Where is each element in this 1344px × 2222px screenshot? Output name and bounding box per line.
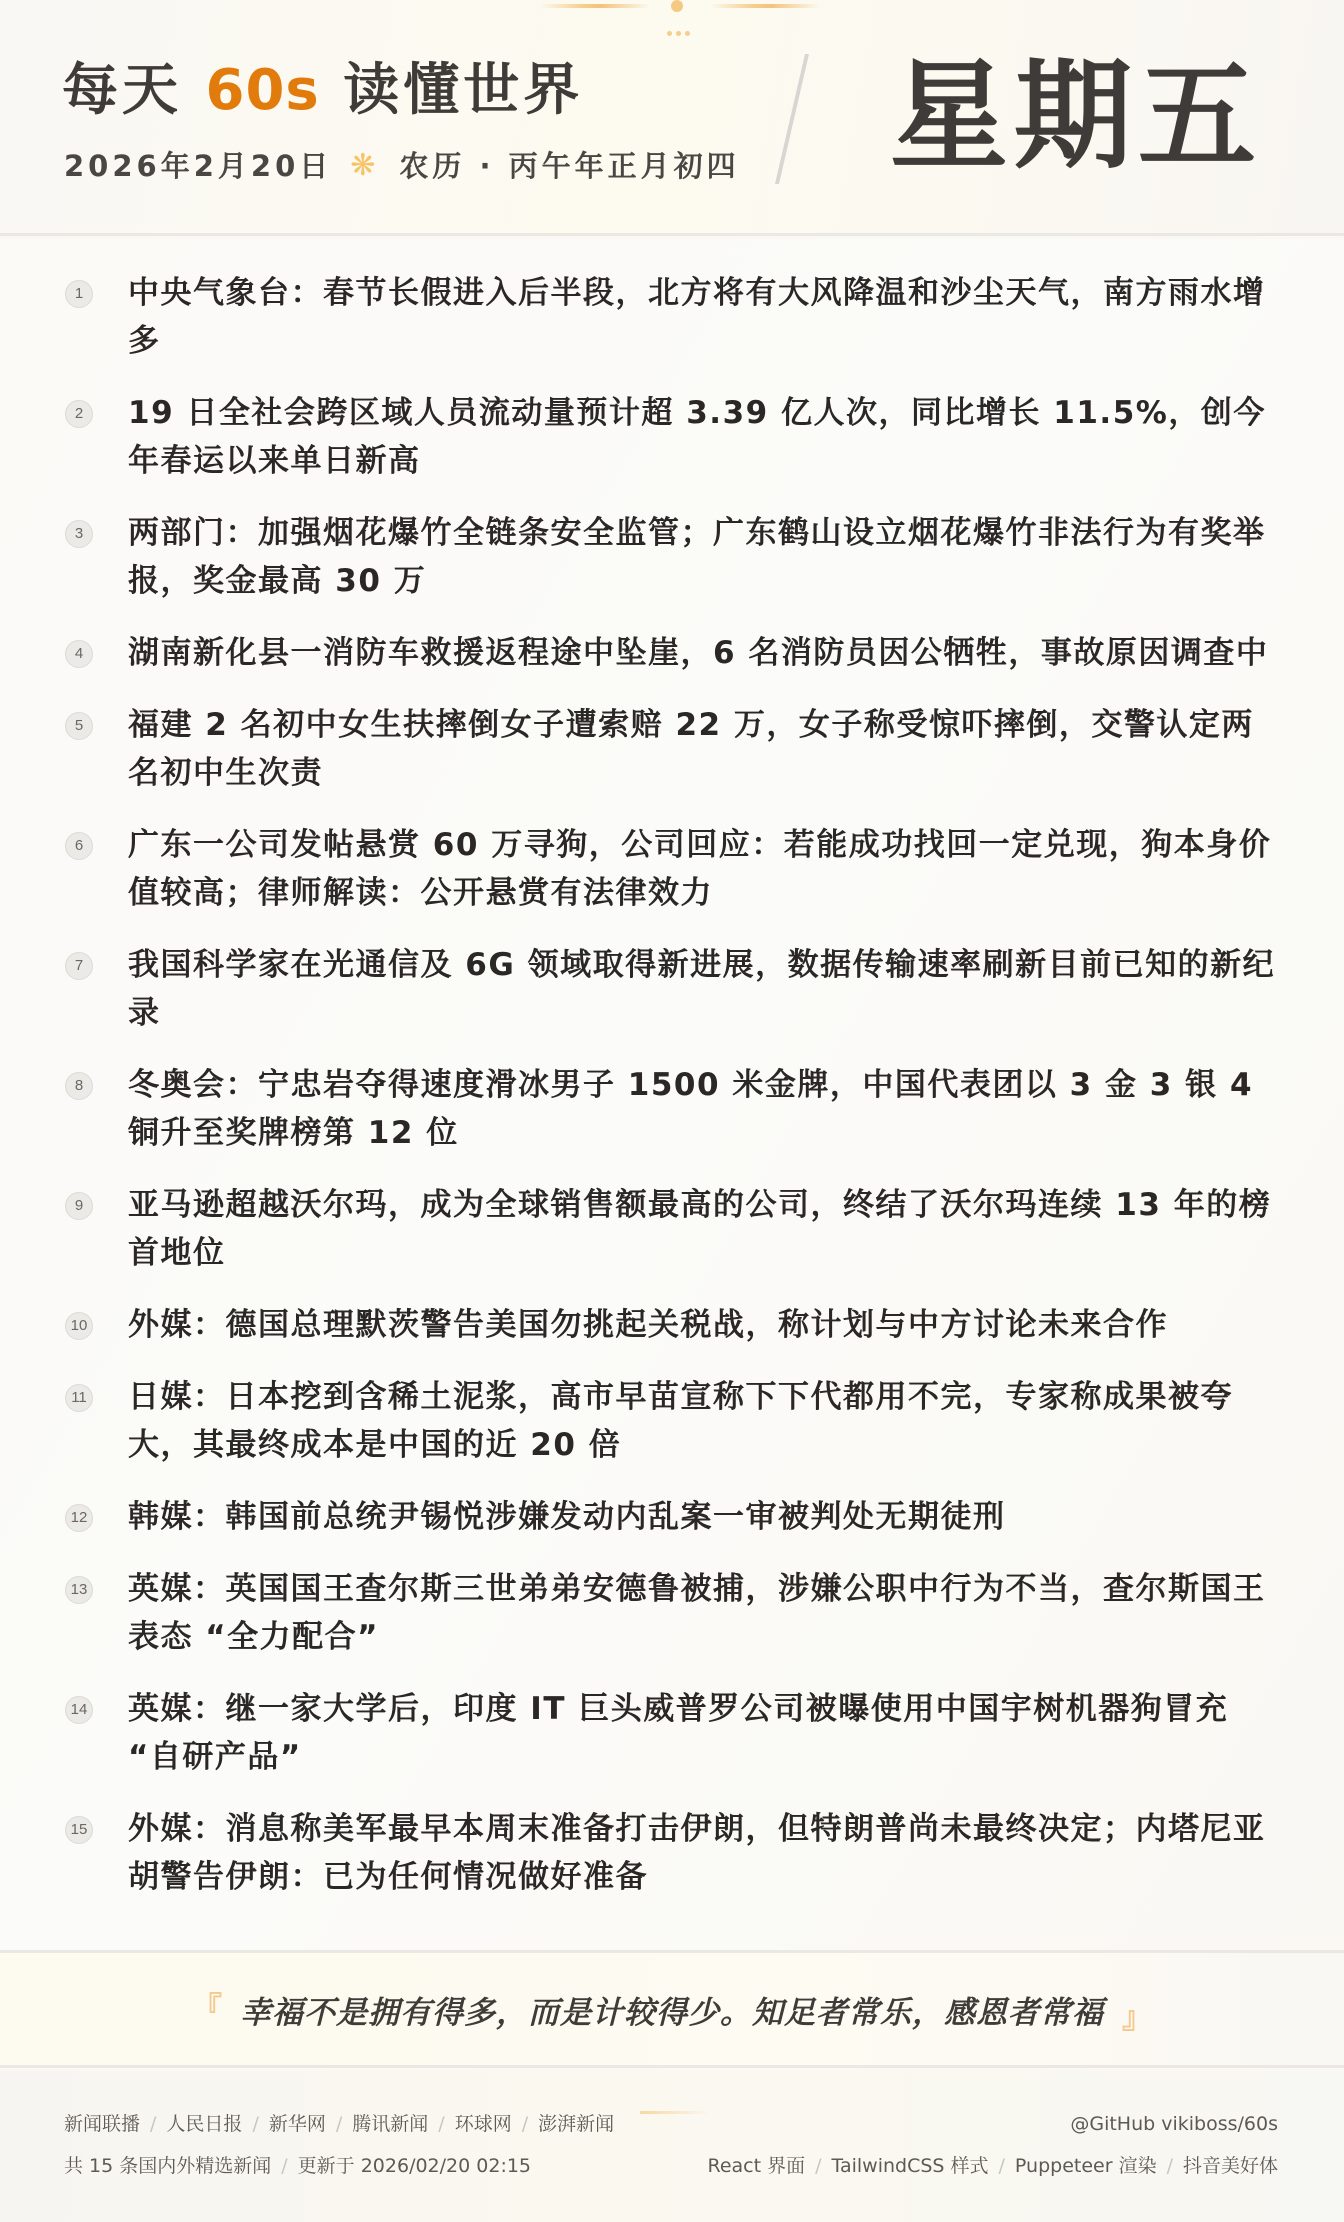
- quote-text: 幸福不是拥有得多，而是计较得少。知足者常乐，感恩者常福: [240, 1987, 1104, 2032]
- decor-dot-icon: [671, 0, 683, 12]
- news-count: 共 15 条国内外精选新闻: [64, 2153, 271, 2179]
- news-text: 韩媒：韩国前总统尹锡悦涉嫌发动内乱案一审被判处无期徒刑: [128, 1493, 1278, 1541]
- separator: /: [815, 2153, 821, 2179]
- news-text: 湖南新化县一消防车救援返程途中坠崖，6 名消防员因公牺牲，事故原因调查中: [128, 629, 1278, 677]
- open-quote-icon: 『: [192, 1983, 222, 2027]
- decor-small-dot-icon: [676, 31, 681, 36]
- header: 每天 60s 读懂世界 2026年2月20日 ❋ 农历 · 丙午年正月初四 星期…: [0, 0, 1344, 236]
- source-xinwenlianbo: 新闻联播: [64, 2111, 140, 2137]
- weekday: 星期五: [890, 46, 1262, 186]
- page-title: 每天 60s 读懂世界: [62, 56, 583, 126]
- number-badge: 3: [65, 520, 93, 548]
- decor-small-dot-icon: [667, 31, 672, 36]
- number-badge: 5: [65, 712, 93, 740]
- title-suffix: 读懂世界: [320, 58, 584, 123]
- number-badge: 13: [65, 1576, 93, 1604]
- separator: /: [1167, 2153, 1173, 2179]
- github-credit: @GitHub vikiboss/60s: [1070, 2111, 1278, 2137]
- number-badge: 7: [65, 952, 93, 980]
- title-prefix: 每天: [62, 58, 206, 123]
- gregorian-date: 2026年2月20日: [64, 146, 332, 186]
- news-text: 中央气象台：春节长假进入后半段，北方将有大风降温和沙尘天气，南方雨水增多: [128, 269, 1278, 365]
- number-badge: 14: [65, 1696, 93, 1724]
- source-renminribao: 人民日报: [166, 2111, 242, 2137]
- separator: /: [281, 2153, 287, 2179]
- source-tencent-news: 腾讯新闻: [352, 2111, 428, 2137]
- slash-divider: [775, 54, 809, 184]
- news-sources: 新闻联播 / 人民日报 / 新华网 / 腾讯新闻 / 环球网 / 澎湃新闻: [64, 2111, 614, 2137]
- number-badge: 9: [65, 1192, 93, 1220]
- close-quote-icon: 』: [1122, 1993, 1152, 2037]
- title-accent: 60s: [206, 58, 320, 123]
- news-text: 我国科学家在光通信及 6G 领域取得新进展，数据传输速率刷新目前已知的新纪录: [128, 941, 1278, 1037]
- updated-time: 更新于 2026/02/20 02:15: [298, 2153, 531, 2179]
- separator: /: [150, 2111, 156, 2137]
- number-badge: 10: [65, 1312, 93, 1340]
- asterisk-flower-icon: ❋: [350, 146, 379, 186]
- decor-line-left: [540, 4, 650, 8]
- number-badge: 2: [65, 400, 93, 428]
- news-text: 日媒：日本挖到含稀土泥浆，高市早苗宣称下下代都用不完，专家称成果被夸大，其最终成…: [128, 1373, 1278, 1469]
- tech-stack: React 界面 / TailwindCSS 样式 / Puppeteer 渲染…: [707, 2153, 1278, 2179]
- news-text: 福建 2 名初中女生扶摔倒女子遭索赔 22 万，女子称受惊吓摔倒，交警认定两名初…: [128, 701, 1278, 797]
- decor-line-right: [710, 4, 820, 8]
- separator: /: [522, 2111, 528, 2137]
- source-thepaper: 澎湃新闻: [538, 2111, 614, 2137]
- news-text: 英媒：继一家大学后，印度 IT 巨头威普罗公司被曝使用中国宇树机器狗冒充 “自研…: [128, 1685, 1278, 1781]
- number-badge: 8: [65, 1072, 93, 1100]
- number-badge: 12: [65, 1504, 93, 1532]
- number-badge: 11: [65, 1384, 93, 1412]
- number-badge: 1: [65, 280, 93, 308]
- separator: /: [336, 2111, 342, 2137]
- news-text: 冬奥会：宁忠岩夺得速度滑冰男子 1500 米金牌，中国代表团以 3 金 3 银 …: [128, 1061, 1278, 1157]
- separator: /: [999, 2153, 1005, 2179]
- number-badge: 4: [65, 640, 93, 668]
- tech-react: React 界面: [707, 2153, 805, 2179]
- news-text: 亚马逊超越沃尔玛，成为全球销售额最高的公司，终结了沃尔玛连续 13 年的榜首地位: [128, 1181, 1278, 1277]
- news-meta: 共 15 条国内外精选新闻 / 更新于 2026/02/20 02:15: [64, 2153, 531, 2179]
- news-text: 广东一公司发帖悬赏 60 万寻狗，公司回应：若能成功找回一定兑现，狗本身价值较高…: [128, 821, 1278, 917]
- date-line: 2026年2月20日 ❋ 农历 · 丙午年正月初四: [64, 146, 740, 186]
- source-huanqiu: 环球网: [455, 2111, 512, 2137]
- tech-puppeteer: Puppeteer 渲染: [1015, 2153, 1157, 2179]
- number-badge: 15: [65, 1816, 93, 1844]
- news-text: 19 日全社会跨区域人员流动量预计超 3.39 亿人次，同比增长 11.5%，创…: [128, 389, 1278, 485]
- news-section: 1 中央气象台：春节长假进入后半段，北方将有大风降温和沙尘天气，南方雨水增多 2…: [0, 239, 1344, 1950]
- news-text: 外媒：德国总理默茨警告美国勿挑起关税战，称计划与中方讨论未来合作: [128, 1301, 1278, 1349]
- decor-small-dot-icon: [685, 31, 690, 36]
- separator: /: [438, 2111, 444, 2137]
- daily-news-card: 每天 60s 读懂世界 2026年2月20日 ❋ 农历 · 丙午年正月初四 星期…: [0, 0, 1344, 2222]
- separator: /: [252, 2111, 258, 2137]
- daily-quote: 『 幸福不是拥有得多，而是计较得少。知足者常乐，感恩者常福 』: [0, 1950, 1344, 2068]
- source-xinhuanet: 新华网: [269, 2111, 326, 2137]
- github-link[interactable]: @GitHub vikiboss/60s: [1070, 2111, 1278, 2137]
- news-text: 外媒：消息称美军最早本周末准备打击伊朗，但特朗普尚未最终决定；内塔尼亚胡警告伊朗…: [128, 1805, 1278, 1901]
- decorative-ornament-icon: [530, 0, 820, 40]
- tech-tailwind: TailwindCSS 样式: [832, 2153, 989, 2179]
- footer-accent-line: [640, 2111, 710, 2114]
- lunar-date: 农历 · 丙午年正月初四: [399, 146, 739, 186]
- footer: 新闻联播 / 人民日报 / 新华网 / 腾讯新闻 / 环球网 / 澎湃新闻 共 …: [0, 2071, 1344, 2222]
- tech-font: 抖音美好体: [1183, 2153, 1278, 2179]
- number-badge: 6: [65, 832, 93, 860]
- news-text: 英媒：英国国王查尔斯三世弟弟安德鲁被捕，涉嫌公职中行为不当，查尔斯国王表态 “全…: [128, 1565, 1278, 1661]
- news-text: 两部门：加强烟花爆竹全链条安全监管；广东鹤山设立烟花爆竹非法行为有奖举报，奖金最…: [128, 509, 1278, 605]
